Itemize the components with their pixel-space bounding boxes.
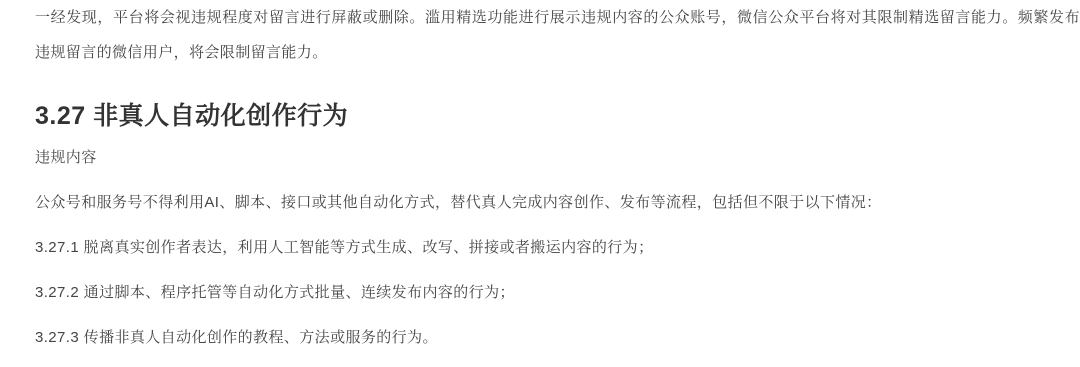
policy-document: 一经发现，平台将会视违规程度对留言进行屏蔽或删除。滥用精选功能进行展示违规内容的… — [0, 0, 1080, 367]
violation-content-label: 违规内容 — [35, 148, 1080, 168]
section-heading: 3.27 非真人自动化创作行为 — [35, 98, 1080, 134]
enforcement-paragraph: 一经发现，平台将会视违规程度对留言进行屏蔽或删除。滥用精选功能进行展示违规内容的… — [35, 0, 1080, 70]
policy-item-1: 3.27.1 脱离真实创作者表达，利用人工智能等方式生成、改写、拼接或者搬运内容… — [35, 238, 1080, 258]
policy-item-2: 3.27.2 通过脚本、程序托管等自动化方式批量、连续发布内容的行为； — [35, 283, 1080, 303]
section-intro: 公众号和服务号不得利用AI、脚本、接口或其他自动化方式，替代真人完成内容创作、发… — [35, 193, 1080, 213]
policy-item-3: 3.27.3 传播非真人自动化创作的教程、方法或服务的行为。 — [35, 328, 1080, 348]
